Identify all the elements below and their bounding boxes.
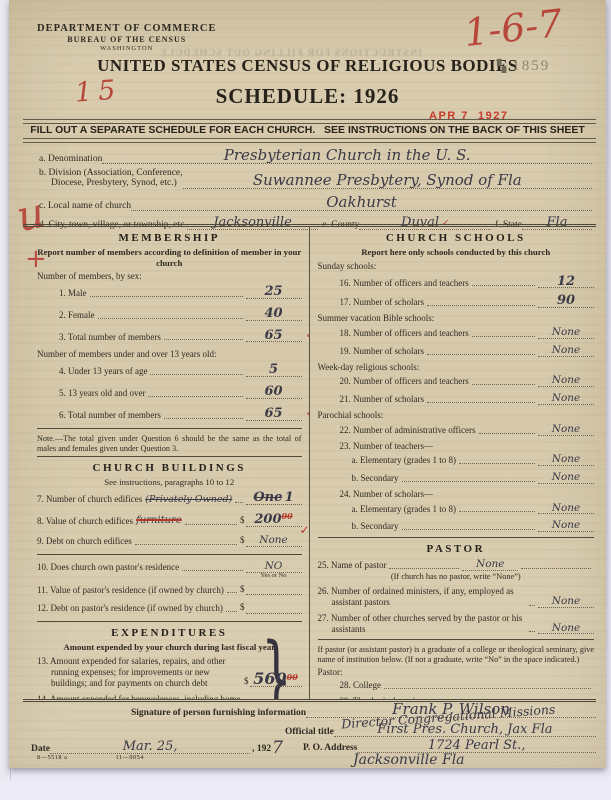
- po-address-line: 1724 Pearl St.,: [357, 738, 596, 753]
- group-parochial-schools: Parochial schools:: [318, 410, 595, 421]
- serial-number: 1859: [512, 58, 550, 74]
- q25-note: (If church has no pastor, write “None”): [318, 572, 595, 582]
- q18-answer: None: [538, 326, 594, 339]
- q2-label: 2. Female: [37, 310, 95, 321]
- form-numbers: 8—5518 a 11—9054: [37, 754, 190, 761]
- group-by-sex: Number of members, by sex:: [37, 271, 302, 282]
- question-row-14: 14. Amount expended for benevolences, in…: [37, 694, 302, 699]
- po-address-label: P. O. Address: [303, 743, 357, 753]
- form-number-2: 11—9054: [116, 754, 144, 761]
- q25-label: 25. Name of pastor: [318, 560, 387, 571]
- question-row-24a: a. Elementary (grades 1 to 8) None: [318, 502, 595, 515]
- q13-cents: 00: [287, 673, 298, 683]
- dollar-sign: $: [240, 584, 245, 595]
- buildings-heading: CHURCH BUILDINGS: [37, 462, 302, 475]
- double-rule: [23, 138, 596, 143]
- q23a-value: None: [552, 453, 581, 466]
- dotted-leader: [98, 318, 243, 319]
- q11-answer-blank: [246, 594, 302, 595]
- agency-place: WASHINGTON: [37, 45, 217, 53]
- question-row-12: 12. Debt on pastor's residence (if owned…: [37, 602, 302, 614]
- question-row-23a: a. Elementary (grades 1 to 8) None: [318, 453, 595, 466]
- q7-struck-value: One: [253, 490, 282, 506]
- q23-label: 23. Number of teachers—: [318, 441, 595, 452]
- q20-value: None: [552, 374, 581, 387]
- q19-label: 19. Number of scholars: [318, 346, 424, 357]
- field-local-name: c. Local name of church Oakhurst: [39, 193, 592, 211]
- dotted-leader: [472, 285, 535, 286]
- question-row-27: 27. Number of other churches served by t…: [318, 613, 595, 635]
- q19-value: None: [552, 344, 581, 357]
- agency-bureau: BUREAU OF THE CENSUS: [37, 35, 217, 45]
- local-name-label: c. Local name of church: [39, 201, 131, 211]
- dotted-leader: [472, 336, 535, 337]
- q24a-label: a. Elementary (grades 1 to 8): [318, 504, 456, 515]
- right-column: CHURCH SCHOOLS Report here only schools …: [310, 227, 597, 699]
- q23a-answer: None: [538, 453, 594, 466]
- question-row-10: 10. Does church own pastor's residence N…: [37, 560, 302, 573]
- dotted-leader: [427, 354, 535, 355]
- denomination-value: Presbyterian Church in the U. S.: [224, 146, 471, 164]
- question-row-28: 28. College: [318, 680, 595, 691]
- question-row-17: 17. Number of scholars 90✓: [318, 293, 595, 308]
- dotted-leader: [185, 524, 237, 525]
- q24a-answer: None: [538, 502, 594, 515]
- q27-value: None: [552, 622, 581, 635]
- po-address-value: 1724 Pearl St.,: [428, 738, 526, 753]
- expenditures-section: EXPENDITURES Amount expended by your chu…: [37, 627, 302, 699]
- official-title-label: Official title: [285, 727, 334, 737]
- q3-answer: 65✓: [246, 328, 302, 343]
- schools-subheading: Report here only schools conducted by th…: [318, 247, 595, 258]
- question-row-22: 22. Number of administrative officers No…: [318, 423, 595, 436]
- q28-label: 28. College: [318, 680, 382, 691]
- question-row-19: 19. Number of scholars None: [318, 344, 595, 357]
- dotted-leader: [227, 592, 237, 593]
- q27-answer: None: [538, 622, 594, 635]
- q22-answer: None: [538, 423, 594, 436]
- q7-answer: One 1: [246, 490, 302, 505]
- field-denomination: a. Denomination Presbyterian Church in t…: [39, 146, 592, 164]
- q3-label: 3. Total number of members: [37, 332, 161, 343]
- dollar-sign: $: [244, 676, 249, 687]
- division-label-line2: Diocese, Presbytery, Synod, etc.): [39, 178, 183, 188]
- rule: [37, 621, 302, 622]
- membership-subheading: Report number of members according to de…: [37, 247, 302, 268]
- question-row-20: 20. Number of officers and teachers None: [318, 374, 595, 387]
- q21-label: 21. Number of scholars: [318, 394, 424, 405]
- group-by-age: Number of members under and over 13 year…: [37, 349, 302, 360]
- form-body-columns: MEMBERSHIP Report number of members acco…: [23, 224, 596, 702]
- pastor-sublabel: Pastor:: [318, 667, 595, 678]
- q16-answer: 12: [538, 274, 594, 289]
- q2-answer: 40: [246, 306, 302, 321]
- year-digit: 7: [272, 738, 283, 758]
- q25-value: None: [476, 558, 505, 571]
- q26-label: 26. Number of ordained ministers, if any…: [318, 586, 527, 608]
- q13-money: $ 56000: [244, 669, 302, 688]
- dotted-leader: [150, 374, 242, 375]
- q8-label: 8. Value of church edifices: [37, 516, 133, 527]
- q13-answer: 56000: [250, 669, 302, 688]
- form-number-1: 8—5518 a: [37, 754, 67, 761]
- q22-label: 22. Number of administrative officers: [318, 425, 476, 436]
- q6-answer: 65✓: [246, 406, 302, 421]
- dotted-leader: [521, 568, 591, 569]
- q17-value: 90: [557, 293, 575, 309]
- question-row-16: 16. Number of officers and teachers 12: [318, 274, 595, 289]
- rule: [37, 554, 302, 555]
- dollar-sign: $: [240, 602, 245, 613]
- photo-background: INSTRUCTIONS FOR FILLING OUT SCHEDULE DE…: [0, 0, 611, 800]
- q18-label: 18. Number of officers and teachers: [318, 328, 469, 339]
- q10-yes-no-note: Yes or No: [246, 572, 302, 580]
- q7-value: 1: [285, 490, 294, 506]
- q12-answer-blank: [246, 613, 302, 614]
- question-row-18: 18. Number of officers and teachers None: [318, 326, 595, 339]
- q17-label: 17. Number of scholars: [318, 297, 424, 308]
- q6-value: 65: [264, 406, 282, 422]
- date-value: Mar. 25,: [123, 739, 178, 754]
- question-row-1: 1. Male 25: [37, 284, 302, 299]
- q9-answer: None: [246, 534, 302, 547]
- dotted-leader: [529, 605, 535, 606]
- question-row-21: 21. Number of scholars None: [318, 392, 595, 405]
- dotted-leader: [402, 481, 536, 482]
- question-row-2: 2. Female 40: [37, 306, 302, 321]
- question-row-26: 26. Number of ordained ministers, if any…: [318, 586, 595, 608]
- signature-label: Signature of person furnishing informati…: [131, 708, 306, 718]
- left-column: MEMBERSHIP Report number of members acco…: [23, 227, 310, 699]
- question-row-7: 7. Number of church edifices (Privately …: [37, 490, 302, 505]
- q4-value: 5: [269, 362, 278, 378]
- po-address-row: P. O. Address 1724 Pearl St.,: [303, 738, 596, 753]
- q7-label: 7. Number of church edifices: [37, 494, 142, 505]
- form-subtitle: SCHEDULE: 1926: [9, 84, 606, 109]
- question-row-4: 4. Under 13 years of age 5: [37, 362, 302, 377]
- q24b-value: None: [552, 519, 581, 532]
- q2-value: 40: [264, 306, 282, 322]
- q3-value: 65: [264, 328, 282, 344]
- q25-answer: None: [462, 558, 518, 571]
- group-weekday-schools: Week-day religious schools:: [318, 362, 595, 373]
- question-row-3: 3. Total number of members 65✓: [37, 328, 302, 343]
- q13-value: 560: [253, 669, 286, 688]
- field-division: b. Division (Association, Conference, Di…: [39, 168, 592, 189]
- q17-answer: 90✓: [538, 293, 594, 308]
- po-address-line2: Jacksonville Fla: [353, 752, 465, 768]
- question-row-23b: b. Secondary None: [318, 471, 595, 484]
- question-row-6: 6. Total number of members 65✓: [37, 406, 302, 421]
- dotted-leader: [384, 688, 591, 689]
- official-title-value: First Pres. Church, Jax Fla: [377, 722, 552, 737]
- dotted-leader: [427, 402, 535, 403]
- q1-label: 1. Male: [37, 288, 87, 299]
- question-row-25: 25. Name of pastor None: [318, 558, 595, 571]
- rule: [318, 639, 595, 640]
- q14-label: 14. Amount expended for benevolences, in…: [37, 694, 247, 699]
- identification-section: a. Denomination Presbyterian Church in t…: [39, 146, 592, 234]
- dotted-leader: [459, 463, 535, 464]
- printed-year: , 192: [252, 744, 271, 754]
- agency-dept: DEPARTMENT OF COMMERCE: [37, 22, 217, 35]
- question-row-11: 11. Value of pastor's residence (if owne…: [37, 584, 302, 596]
- question-row-13: 13. Amount expended for salaries, repair…: [37, 656, 302, 688]
- denomination-value-line: Presbyterian Church in the U. S.: [102, 146, 592, 164]
- dotted-leader: [389, 568, 459, 569]
- local-name-value-line: Oakhurst: [131, 193, 592, 211]
- q26-answer: None: [538, 595, 594, 608]
- q24b-answer: None: [538, 519, 594, 532]
- denomination-label: a. Denomination: [39, 154, 102, 164]
- dotted-leader: [164, 339, 243, 340]
- q16-label: 16. Number of officers and teachers: [318, 278, 469, 289]
- dotted-leader: [402, 529, 536, 530]
- q20-answer: None: [538, 374, 594, 387]
- instruction-banner: FILL OUT A SEPARATE SCHEDULE FOR EACH CH…: [9, 124, 606, 136]
- q9-label: 9. Debt on church edifices: [37, 536, 132, 547]
- q9-value: None: [259, 534, 288, 547]
- question-row-5: 5. 13 years old and over 60: [37, 384, 302, 399]
- q5-label: 5. 13 years old and over: [37, 388, 145, 399]
- signature-section: Signature of person furnishing informati…: [23, 700, 596, 764]
- q23b-label: b. Secondary: [318, 473, 399, 484]
- agency-block: DEPARTMENT OF COMMERCE BUREAU OF THE CEN…: [37, 22, 217, 53]
- q5-answer: 60: [246, 384, 302, 399]
- division-value: Suwannee Presbytery, Synod of Fla: [253, 171, 522, 189]
- q10-label: 10. Does church own pastor's residence: [37, 562, 179, 573]
- dotted-leader: [148, 396, 242, 397]
- q7-struck-annotation: (Privately Owned): [145, 494, 232, 505]
- division-label-line1: b. Division (Association, Conference,: [39, 168, 183, 178]
- q18-value: None: [552, 326, 581, 339]
- question-row-9: 9. Debt on church edifices $ None: [37, 534, 302, 547]
- rule: [37, 456, 302, 457]
- dotted-leader: [427, 305, 535, 306]
- rule: [37, 428, 302, 429]
- q12-label: 12. Debt on pastor's residence (if owned…: [37, 603, 223, 614]
- q20-label: 20. Number of officers and teachers: [318, 376, 469, 387]
- graduate-instruction: If pastor (or assistant pastor) is a gra…: [318, 645, 595, 665]
- schools-heading: CHURCH SCHOOLS: [318, 232, 595, 245]
- group-sunday-schools: Sunday schools:: [318, 261, 595, 272]
- dotted-leader: [235, 502, 242, 503]
- membership-heading: MEMBERSHIP: [37, 232, 302, 245]
- q1-answer: 25: [246, 284, 302, 299]
- question-row-8: 8. Value of church edifices furniture $ …: [37, 512, 302, 527]
- dollar-sign: $: [240, 515, 245, 526]
- q19-answer: None: [538, 344, 594, 357]
- q23a-label: a. Elementary (grades 1 to 8): [318, 455, 456, 466]
- q16-value: 12: [557, 274, 575, 290]
- dotted-leader: [472, 384, 535, 385]
- q10-value: NO: [265, 560, 283, 573]
- serial-stamp: ▚1859: [497, 58, 550, 75]
- q1-value: 25: [264, 284, 282, 300]
- division-value-line: Suwannee Presbytery, Synod of Fla: [183, 171, 592, 189]
- dotted-leader: [479, 433, 535, 434]
- q10-answer: NOYes or No: [246, 560, 302, 573]
- q23b-answer: None: [538, 471, 594, 484]
- q21-answer: None: [538, 392, 594, 405]
- division-label: b. Division (Association, Conference, Di…: [39, 168, 183, 189]
- q8-answer: 20000✓: [246, 512, 302, 527]
- dotted-leader: [529, 631, 535, 632]
- q24a-value: None: [552, 502, 581, 515]
- membership-note: Note.—The total given under Question 6 s…: [37, 434, 302, 454]
- q8-value: 200: [254, 512, 281, 528]
- date-row: Date Mar. 25, , 192 7: [31, 738, 283, 754]
- red-handwritten-code: 1-6-7: [462, 1, 564, 55]
- q4-label: 4. Under 13 years of age: [37, 366, 147, 377]
- dotted-leader: [459, 511, 535, 512]
- q6-label: 6. Total number of members: [37, 410, 161, 421]
- dotted-leader: [164, 418, 243, 419]
- official-title-line: First Pres. Church, Jax Fla: [334, 722, 596, 737]
- q26-value: None: [552, 595, 581, 608]
- question-row-24b: b. Secondary None: [318, 519, 595, 532]
- dollar-sign: $: [240, 535, 245, 546]
- q4-answer: 5: [246, 362, 302, 377]
- dotted-leader: [226, 611, 237, 612]
- q27-label: 27. Number of other churches served by t…: [318, 613, 527, 635]
- q21-value: None: [552, 392, 581, 405]
- official-title-row: Official title First Pres. Church, Jax F…: [285, 722, 596, 737]
- q22-value: None: [552, 423, 581, 436]
- question-row-29: 29. Theological seminary: [318, 696, 595, 699]
- dotted-leader: [135, 544, 237, 545]
- date-label: Date: [31, 744, 50, 754]
- group-summer-schools: Summer vacation Bible schools:: [318, 313, 595, 324]
- pastor-heading: PASTOR: [318, 543, 595, 556]
- q8-cents: 00: [282, 512, 293, 522]
- q8-struck-word: furniture: [136, 515, 182, 527]
- date-line: Mar. 25,: [50, 739, 250, 754]
- dotted-leader: [182, 570, 242, 571]
- local-name-value: Oakhurst: [326, 193, 397, 211]
- stamp-emblem-icon: ▚: [497, 59, 508, 73]
- q23b-value: None: [552, 471, 581, 484]
- rule: [318, 537, 595, 538]
- q13-label: 13. Amount expended for salaries, repair…: [37, 656, 247, 688]
- q11-label: 11. Value of pastor's residence (if owne…: [37, 585, 224, 596]
- dotted-leader: [90, 296, 243, 297]
- census-form-page: INSTRUCTIONS FOR FILLING OUT SCHEDULE DE…: [9, 0, 606, 768]
- q24-label: 24. Number of scholars—: [318, 489, 595, 500]
- q5-value: 60: [264, 384, 282, 400]
- buildings-subheading: See instructions, paragraphs 10 to 12: [37, 477, 302, 488]
- q24b-label: b. Secondary: [318, 521, 399, 532]
- q29-label: 29. Theological seminary: [318, 696, 432, 699]
